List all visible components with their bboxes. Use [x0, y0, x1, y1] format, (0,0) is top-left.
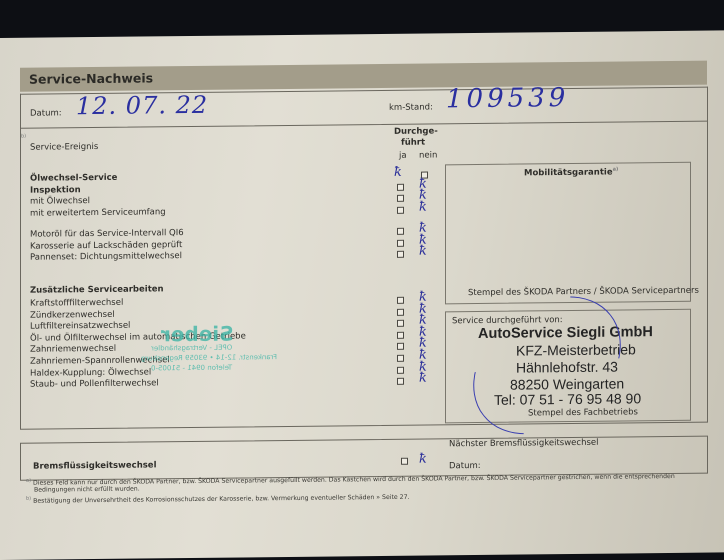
performed-header-2: führt: [401, 138, 425, 148]
service_items-label: Pannenset: Dichtungsmittelwechsel: [30, 251, 182, 263]
service_items-ja-checkmark[interactable]: ꝁ: [394, 166, 402, 179]
additional_items-label: Zündkerzenwechsel: [30, 309, 115, 320]
faded-stamp-line-1: Sieber: [161, 322, 234, 347]
additional_items-label: Zahnriemenwechsel: [30, 344, 116, 355]
service_items-label: Motoröl für das Service-Intervall QI6: [30, 228, 184, 240]
service_items-label: mit erweitertem Serviceumfang: [30, 207, 166, 218]
faded-stamp-line-4: Telefon 0941 - 51005-0: [151, 364, 232, 373]
page-title: Service-Nachweis: [29, 70, 153, 86]
nein-label: nein: [419, 150, 437, 160]
additional_items-ja-checkbox[interactable]: [397, 366, 404, 373]
mobility-footer: Stempel des ŠKODA Partners / ŠKODA Servi…: [468, 286, 699, 298]
service_items-nein-checkmark[interactable]: ꝁ: [419, 245, 427, 258]
mobility-guarantee-box: Mobilitätsgarantiea) Stempel des ŠKODA P…: [445, 162, 691, 305]
service-event-header: Service-Ereignis: [30, 142, 98, 153]
additional_items-ja-checkbox[interactable]: [397, 332, 404, 339]
faded-stamp-line-2: OPEL - Vertragshändler: [151, 344, 232, 353]
service_items-ja-checkbox[interactable]: [397, 195, 404, 202]
service_items-ja-checkbox[interactable]: [397, 228, 404, 235]
service_items-ja-checkbox[interactable]: [397, 206, 404, 213]
additional_items-label: Kraftstofffilterwechsel: [30, 298, 123, 309]
footnotes: a) Dieses Feld kann nur durch den ŠKODA …: [0, 30, 724, 38]
additional_items-ja-checkbox[interactable]: [397, 343, 404, 350]
service_items-nein-checkmark[interactable]: ꝁ: [419, 200, 427, 213]
additional_items-ja-checkbox[interactable]: [397, 320, 404, 327]
ja-label: ja: [399, 151, 407, 161]
service-section: Service-Ereignis Durchge- führt ja nein …: [20, 121, 708, 430]
service_items-label: Ölwechsel-Service: [30, 173, 117, 184]
km-label: km-Stand:: [389, 102, 433, 112]
service_items-ja-checkbox[interactable]: [397, 251, 404, 258]
additional_items-ja-checkbox[interactable]: [397, 355, 404, 362]
brake-fluid-nein-checkmark[interactable]: ꝁ: [419, 453, 427, 466]
additional_items-label: Haldex-Kupplung: Ölwechsel: [30, 367, 151, 378]
footnote-b: Bestätigung der Unversehrtheit des Korro…: [33, 494, 409, 505]
date-label: Datum:: [30, 108, 62, 118]
footnote-a-cont: Bedingungen nicht erfüllt wurden.: [34, 486, 140, 494]
service_items-ja-checkbox[interactable]: [397, 240, 404, 247]
performed-header-1: Durchge-: [394, 126, 434, 136]
brake-fluid-label: Bremsflüssigkeitswechsel: [33, 460, 157, 471]
additional_items-ja-checkbox[interactable]: [397, 297, 404, 304]
faded-stamp-line-3: Frankenstr. 12-14 • 93059 Regensburg: [141, 353, 277, 362]
service-record-page: Service-Nachweis Datum: 12. 07. 22 km-St…: [0, 30, 724, 560]
mobility-title: Mobilitätsgarantiea): [524, 167, 618, 179]
additional_items-ja-checkbox[interactable]: [397, 308, 404, 315]
km-value[interactable]: 109539: [446, 83, 569, 114]
service_items-label: mit Ölwechsel: [30, 196, 90, 207]
additional_items-label: Staub- und Pollenfilterwechsel: [30, 379, 159, 390]
date-value[interactable]: 12. 07. 22: [76, 91, 208, 120]
additional-header: Zusätzliche Servicearbeiten: [30, 284, 164, 295]
additional_items-label: Luftfiltereinsatzwechsel: [30, 321, 130, 332]
additional_items-ja-checkbox[interactable]: [397, 378, 404, 385]
service-performed-box: Service durchgeführt von: AutoService Si…: [445, 309, 691, 424]
faded-dealer-stamp: Sieber OPEL - Vertragshändler Frankenstr…: [161, 321, 291, 382]
next-brake-fluid-date-label: Datum:: [449, 461, 481, 471]
service_items-label: Karosserie auf Lackschäden geprüft: [30, 240, 182, 252]
additional_items-nein-checkmark[interactable]: ꝁ: [419, 372, 427, 385]
service_items-label: Inspektion: [30, 185, 81, 196]
next-brake-fluid-label: Nächster Bremsflüssigkeitswechsel: [449, 438, 598, 450]
brake-fluid-ja-checkbox[interactable]: [401, 458, 408, 465]
service_items-ja-checkbox[interactable]: [397, 183, 404, 190]
